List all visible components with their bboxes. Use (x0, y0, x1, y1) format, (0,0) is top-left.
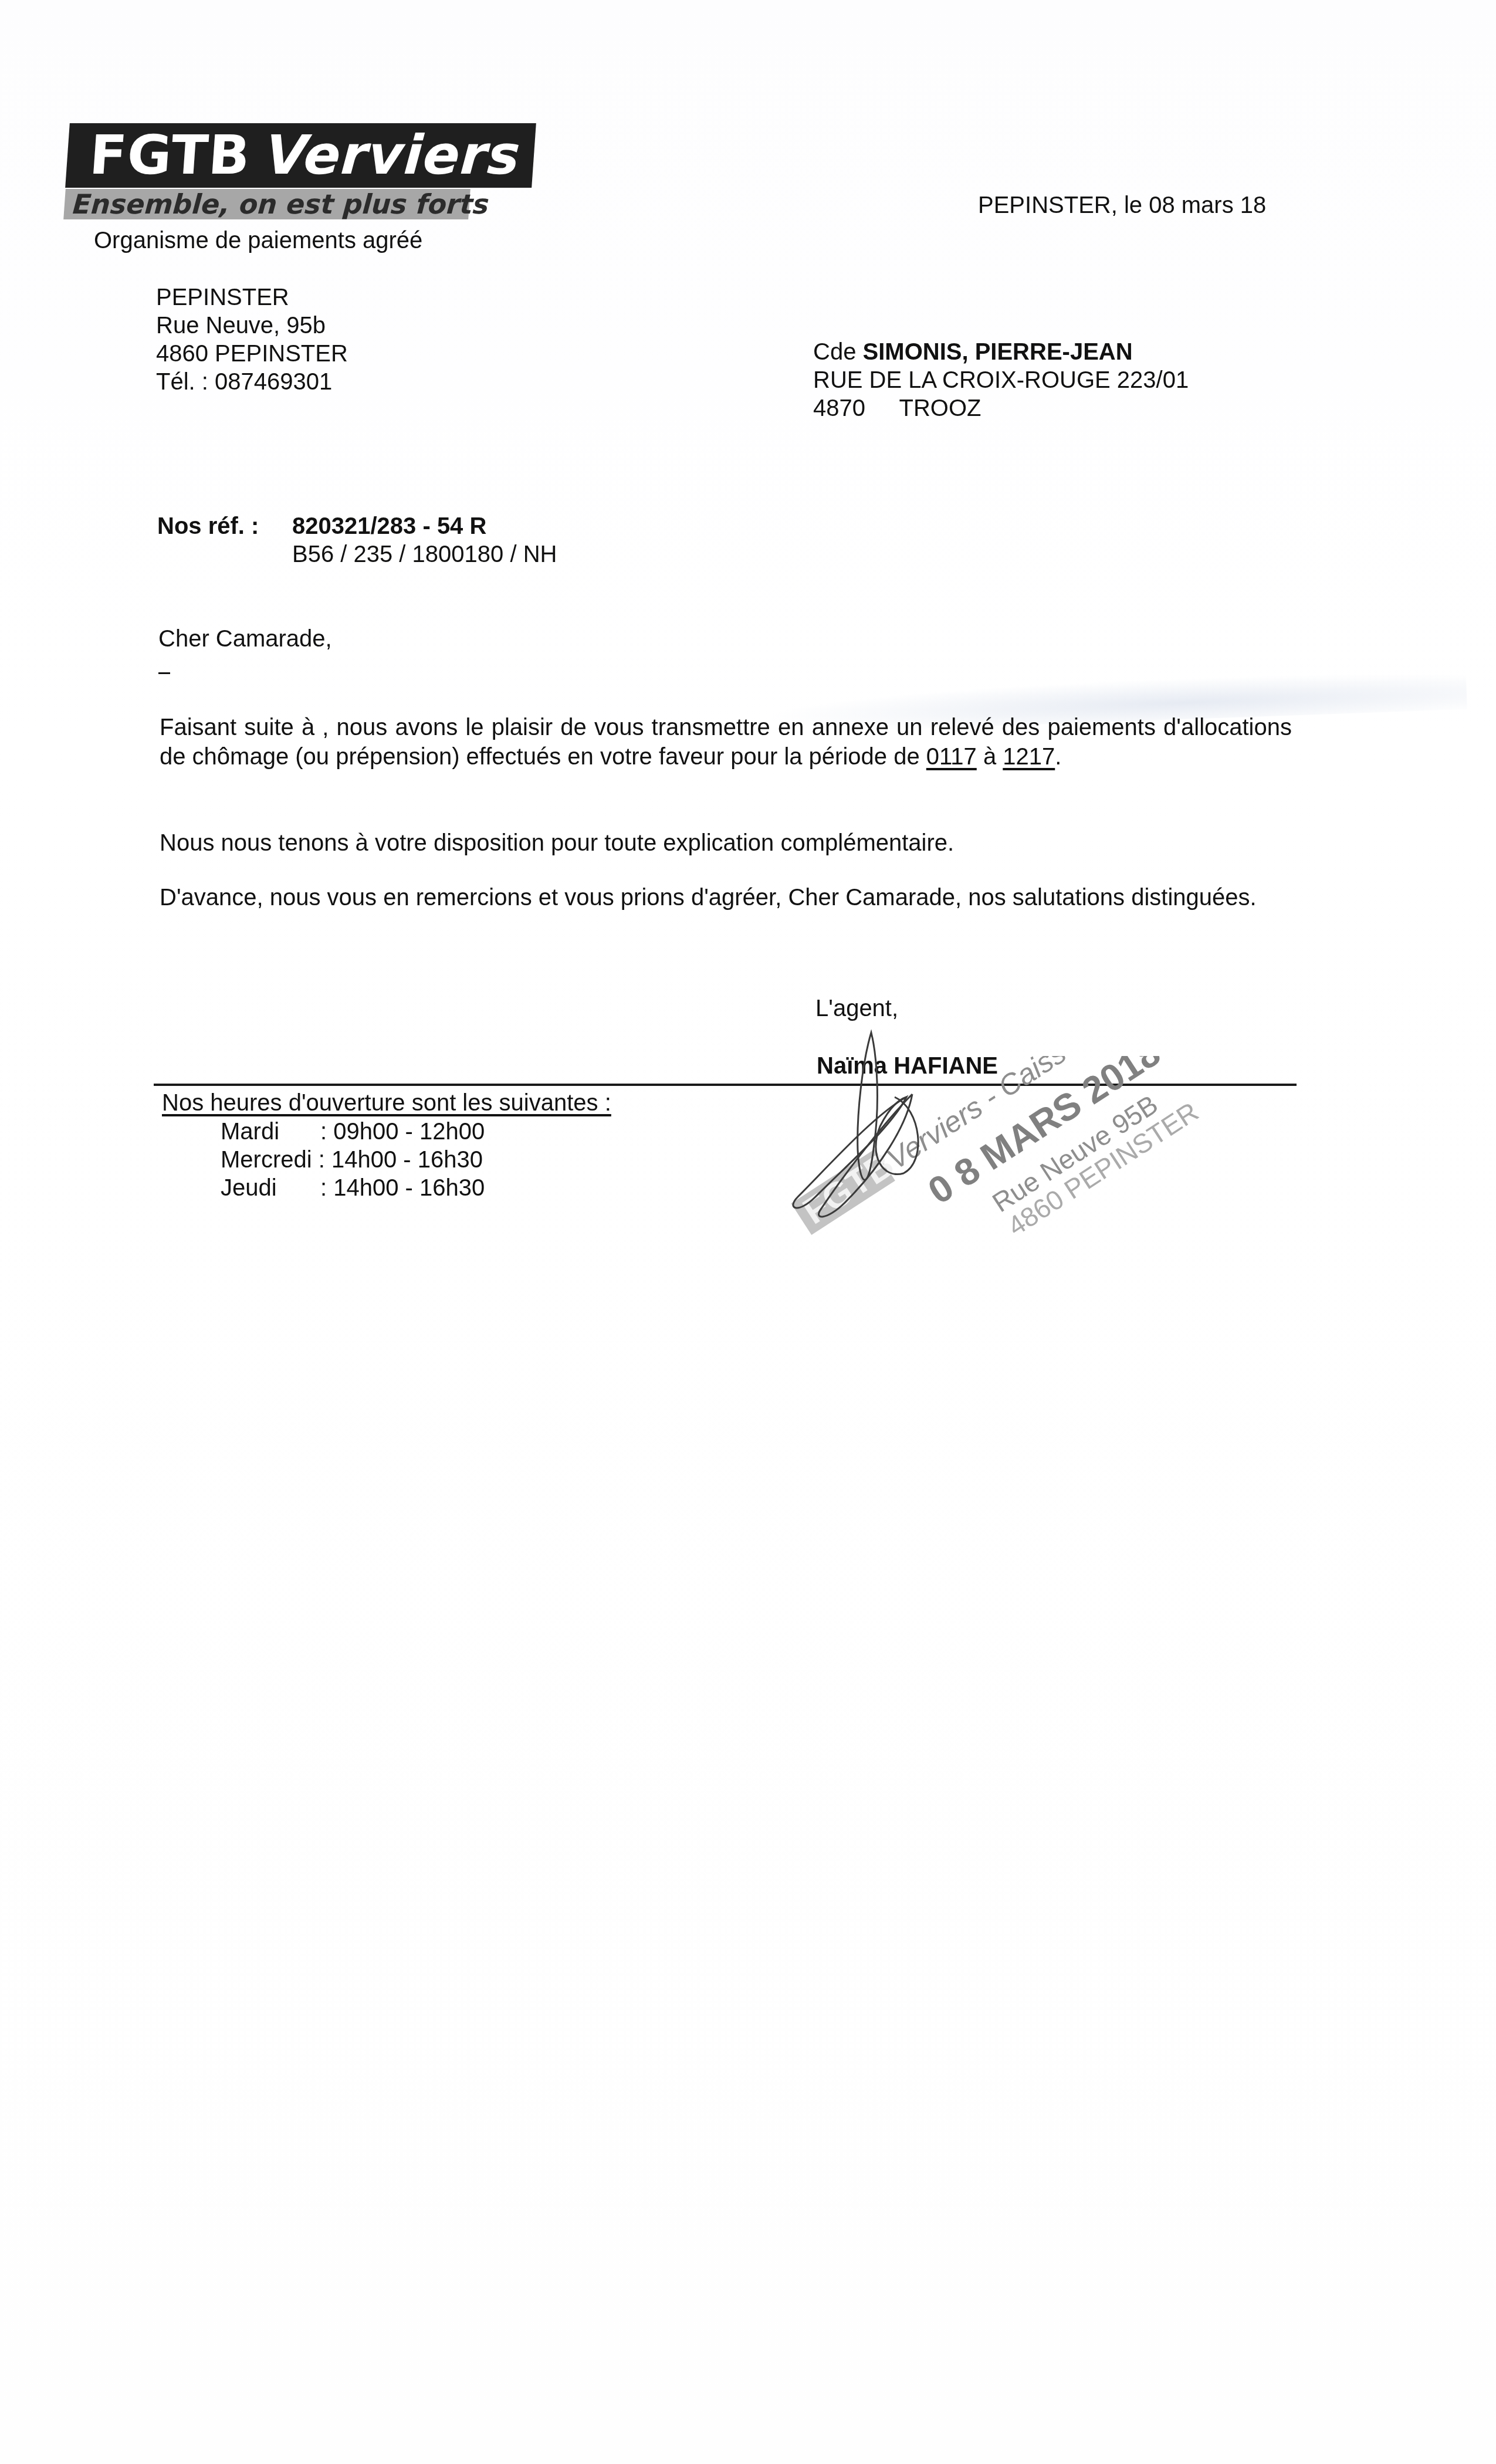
body-text: . (1055, 744, 1061, 770)
recipient-city: TROOZ (899, 395, 981, 421)
logo-slogan-band: Ensemble, on est plus forts (63, 189, 471, 219)
footer-divider (154, 1084, 1297, 1086)
recipient-street: RUE DE LA CROIX-ROUGE 223/01 (813, 366, 1189, 394)
logo-banner: FGTB Verviers (65, 123, 536, 188)
body-paragraph-1: Faisant suite à , nous avons le plaisir … (160, 713, 1292, 771)
hours-separator: : (320, 1174, 333, 1202)
recipient-postal: 4870 (813, 395, 865, 421)
recipient-prefix: Cde (813, 339, 856, 365)
hours-row: Jeudi: 14h00 - 16h30 (221, 1174, 485, 1202)
letter-page: FGTB Verviers Ensemble, on est plus fort… (0, 0, 1496, 2464)
body-text: Faisant suite à , nous avons le plaisir … (160, 715, 1292, 770)
period-from: 0117 (926, 744, 977, 770)
logo-city: Verviers (263, 128, 522, 182)
stamp-address-1: Rue Neuve 95B (987, 1089, 1163, 1218)
sender-phone: Tél. : 087469301 (156, 368, 348, 396)
reference-label: Nos réf. : (157, 512, 292, 540)
letter-date: PEPINSTER, le 08 mars 18 (978, 192, 1266, 219)
hours-row: Mercredi : 14h00 - 16h30 (221, 1146, 485, 1174)
body-text: à (977, 744, 1003, 770)
stamp-address-2: 4860 PEPINSTER (1002, 1096, 1204, 1241)
hours-time: 14h00 - 16h30 (333, 1174, 485, 1202)
hours-separator: : (312, 1146, 331, 1174)
sender-line: Rue Neuve, 95b (156, 312, 348, 340)
hours-day: Jeudi (221, 1174, 320, 1202)
sender-address: PEPINSTER Rue Neuve, 95b 4860 PEPINSTER … (156, 283, 348, 396)
organisation-subtitle: Organisme de paiements agréé (94, 228, 422, 254)
opening-hours-title: Nos heures d'ouverture sont les suivante… (162, 1090, 611, 1116)
recipient-address: Cde SIMONIS, PIERRE-JEAN RUE DE LA CROIX… (813, 338, 1189, 422)
hours-day: Mercredi (221, 1146, 312, 1174)
logo-brand: FGTB (88, 128, 252, 182)
opening-hours-list: Mardi: 09h00 - 12h00 Mercredi : 14h00 - … (221, 1118, 485, 1202)
hours-separator: : (320, 1118, 333, 1146)
reference-number: 820321/283 - 54 R (292, 513, 486, 539)
body-paragraph-3: D'avance, nous vous en remercions et vou… (160, 883, 1292, 912)
hours-time: 09h00 - 12h00 (333, 1118, 485, 1146)
greeting: Cher Camarade, (158, 626, 332, 652)
reference-block: Nos réf. :820321/283 - 54 R B56 / 235 / … (157, 512, 557, 568)
sender-line: 4860 PEPINSTER (156, 340, 348, 368)
sender-line: PEPINSTER (156, 283, 348, 312)
hours-day: Mardi (221, 1118, 320, 1146)
recipient-name: SIMONIS, PIERRE-JEAN (863, 339, 1133, 365)
body-paragraph-2: Nous nous tenons à votre disposition pou… (160, 828, 1292, 858)
handwritten-signature (780, 997, 956, 1232)
logo-slogan: Ensemble, on est plus forts (72, 191, 490, 218)
hours-row: Mardi: 09h00 - 12h00 (221, 1118, 485, 1146)
reference-code: B56 / 235 / 1800180 / NH (157, 540, 557, 568)
dash-mark (158, 672, 170, 674)
hours-time: 14h00 - 16h30 (331, 1146, 483, 1174)
period-to: 1217 (1003, 744, 1055, 770)
